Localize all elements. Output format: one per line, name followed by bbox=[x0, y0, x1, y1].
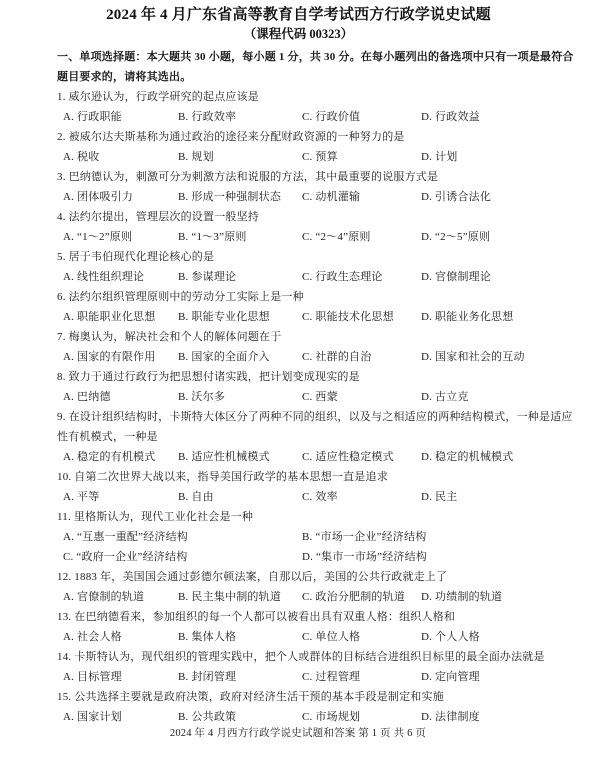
options-row: A. 行政职能B. 行政效率C. 行政价值D. 行政效益 bbox=[57, 107, 540, 127]
option: B. 形成一种强制状态 bbox=[178, 187, 281, 207]
option: C. 社群的自治 bbox=[302, 347, 371, 367]
options-row: A. 社会人格B. 集体人格C. 单位人格D. 个人人格 bbox=[57, 627, 540, 647]
option: B. 参谋理论 bbox=[178, 267, 236, 287]
option: B. “市场一企业”经济结构 bbox=[302, 527, 426, 547]
options-row: C. “政府一企业”经济结构D. “集市一市场”经济结构 bbox=[57, 547, 540, 567]
option: A. “互惠一重配”经济结构 bbox=[63, 527, 188, 547]
option: C. 过程管理 bbox=[302, 667, 360, 687]
option: A. 官僚制的轨道 bbox=[63, 587, 144, 607]
option: B. 行政效率 bbox=[178, 107, 236, 127]
question-15: 15. 公共选择主要就是政府决策，政府对经济生活干预的基本手段是制定和实施A. … bbox=[57, 687, 540, 727]
options-row: A. 税收B. 规划C. 预算D. 计划 bbox=[57, 147, 540, 167]
question-5: 5. 居于韦伯现代化理论核心的是A. 线性组织理论B. 参谋理论C. 行政生态理… bbox=[57, 247, 540, 287]
page-title: 2024 年 4 月广东省高等教育自学考试西方行政学说史试题 bbox=[47, 5, 550, 26]
option: C. 适应性稳定模式 bbox=[302, 447, 394, 467]
option: B. 沃尔多 bbox=[178, 387, 225, 407]
option: D. 官僚制理论 bbox=[421, 267, 491, 287]
question-13: 13. 在巴纳德看来，参加组织的每一个人都可以被看出具有双重人格：组织人格和A.… bbox=[57, 607, 540, 647]
question-4: 4. 法约尔提出，管理层次的设置一般坚持A. “1～2”原则B. “1～3”原则… bbox=[57, 207, 540, 247]
exam-page: 2024 年 4 月广东省高等教育自学考试西方行政学说史试题 （课程代码 003… bbox=[0, 0, 596, 782]
option: A. 社会人格 bbox=[63, 627, 122, 647]
option: D. 计划 bbox=[421, 147, 457, 167]
section-instructions-line: 题目要求的，请将其选出。 bbox=[57, 67, 540, 87]
option: C. 市场规划 bbox=[302, 707, 360, 727]
option: A. 目标管理 bbox=[63, 667, 122, 687]
option: B. 集体人格 bbox=[178, 627, 236, 647]
option: B. 民主集中制的轨道 bbox=[178, 587, 281, 607]
option: A. 行政职能 bbox=[63, 107, 122, 127]
options-row: A. 目标管理B. 封闭管理C. 过程管理D. 定向管理 bbox=[57, 667, 540, 687]
option: C. 政治分肥制的轨道 bbox=[302, 587, 405, 607]
question-7: 7. 梅奥认为，解决社会和个人的解体问题在于A. 国家的有限作用B. 国家的全面… bbox=[57, 327, 540, 367]
option: D. 引诱合法化 bbox=[421, 187, 491, 207]
option: C. 预算 bbox=[302, 147, 338, 167]
question-stem: 3. 巴纳德认为，刺激可分为刺激方法和说服的方法，其中最重要的说服方式是 bbox=[57, 167, 540, 187]
option: A. 国家计划 bbox=[63, 707, 122, 727]
option: C. 行政价值 bbox=[302, 107, 360, 127]
question-stem: 2. 被威尔达夫斯基称为通过政治的途径来分配财政资源的一种努力的是 bbox=[57, 127, 540, 147]
option: B. 自由 bbox=[178, 487, 214, 507]
question-14: 14. 卡斯特认为，现代组织的管理实践中，把个人或群体的目标结合进组织目标里的最… bbox=[57, 647, 540, 687]
option: A. 线性组织理论 bbox=[63, 267, 144, 287]
question-stem: 10. 自第二次世界大战以来，指导美国行政学的基本思想一直是追求 bbox=[57, 467, 540, 487]
option: A. 税收 bbox=[63, 147, 99, 167]
question-stem: 9. 在设计组织结构时，卡斯特大体区分了两种不同的组织，以及与之相适应的两种结构… bbox=[57, 407, 540, 427]
question-stem: 4. 法约尔提出，管理层次的设置一般坚持 bbox=[57, 207, 540, 227]
question-stem: 8. 致力于通过行政行为把思想付诸实践，把计划变成现实的是 bbox=[57, 367, 540, 387]
option: D. 民主 bbox=[421, 487, 457, 507]
option: C. 职能技术化思想 bbox=[302, 307, 394, 327]
option: B. 职能专业化思想 bbox=[178, 307, 270, 327]
page-footer: 2024 年 4 月西方行政学说史试题和答案 第 1 页 共 6 页 bbox=[0, 726, 596, 742]
question-8: 8. 致力于通过行政行为把思想付诸实践，把计划变成现实的是A. 巴纳德B. 沃尔… bbox=[57, 367, 540, 407]
option: B. 国家的全面介入 bbox=[178, 347, 270, 367]
question-stem: 6. 法约尔组织管理原则中的劳动分工实际上是一种 bbox=[57, 287, 540, 307]
option: D. 稳定的机械模式 bbox=[421, 447, 513, 467]
options-row: A. “1～2”原则B. “1～3”原则C. “2～4”原则D. “2～5”原则 bbox=[57, 227, 540, 247]
options-row: A. 线性组织理论B. 参谋理论C. 行政生态理论D. 官僚制理论 bbox=[57, 267, 540, 287]
page-subtitle: （课程代码 00323） bbox=[57, 26, 540, 43]
option: C. “政府一企业”经济结构 bbox=[63, 547, 187, 567]
option: A. “1～2”原则 bbox=[63, 227, 132, 247]
option: D. 国家和社会的互动 bbox=[421, 347, 525, 367]
option: D. 古立克 bbox=[421, 387, 469, 407]
question-6: 6. 法约尔组织管理原则中的劳动分工实际上是一种A. 职能职业化思想B. 职能专… bbox=[57, 287, 540, 327]
options-row: A. 平等B. 自由C. 效率D. 民主 bbox=[57, 487, 540, 507]
question-stem: 14. 卡斯特认为，现代组织的管理实践中，把个人或群体的目标结合进组织目标里的最… bbox=[57, 647, 540, 667]
option: C. 单位人格 bbox=[302, 627, 360, 647]
option: A. 职能职业化思想 bbox=[63, 307, 155, 327]
option: A. 稳定的有机模式 bbox=[63, 447, 155, 467]
option: B. 公共政策 bbox=[178, 707, 236, 727]
option: A. 平等 bbox=[63, 487, 99, 507]
section-instructions-line: 一、单项选择题：本大题共 30 小题，每小题 1 分，共 30 分。在每小题列出… bbox=[57, 47, 540, 67]
option: A. 巴纳德 bbox=[63, 387, 111, 407]
option: A. 团体吸引力 bbox=[63, 187, 133, 207]
option: B. 规划 bbox=[178, 147, 214, 167]
option: D. 法律制度 bbox=[421, 707, 480, 727]
question-3: 3. 巴纳德认为，刺激可分为刺激方法和说服的方法，其中最重要的说服方式是A. 团… bbox=[57, 167, 540, 207]
options-row: A. 巴纳德B. 沃尔多C. 西蒙D. 古立克 bbox=[57, 387, 540, 407]
option: B. “1～3”原则 bbox=[178, 227, 247, 247]
question-stem: 11. 里格斯认为，现代工业化社会是一种 bbox=[57, 507, 540, 527]
question-9: 9. 在设计组织结构时，卡斯特大体区分了两种不同的组织，以及与之相适应的两种结构… bbox=[57, 407, 540, 467]
options-row: A. 国家的有限作用B. 国家的全面介入C. 社群的自治D. 国家和社会的互动 bbox=[57, 347, 540, 367]
options-row: A. 团体吸引力B. 形成一种强制状态C. 动机灌输D. 引诱合法化 bbox=[57, 187, 540, 207]
option: D. 功绩制的轨道 bbox=[421, 587, 502, 607]
option: C. 效率 bbox=[302, 487, 338, 507]
question-10: 10. 自第二次世界大战以来，指导美国行政学的基本思想一直是追求A. 平等B. … bbox=[57, 467, 540, 507]
question-stem: 性有机模式，一种是 bbox=[57, 427, 540, 447]
question-12: 12. 1883 年，美国国会通过彭德尔顿法案，自那以后，美国的公共行政就走上了… bbox=[57, 567, 540, 607]
section-instructions: 一、单项选择题：本大题共 30 小题，每小题 1 分，共 30 分。在每小题列出… bbox=[57, 47, 540, 87]
option: D. 个人人格 bbox=[421, 627, 480, 647]
question-11: 11. 里格斯认为，现代工业化社会是一种A. “互惠一重配”经济结构B. “市场… bbox=[57, 507, 540, 567]
options-row: A. “互惠一重配”经济结构B. “市场一企业”经济结构 bbox=[57, 527, 540, 547]
option: D. 职能业务化思想 bbox=[421, 307, 513, 327]
question-stem: 5. 居于韦伯现代化理论核心的是 bbox=[57, 247, 540, 267]
option: C. 行政生态理论 bbox=[302, 267, 383, 287]
option: D. 行政效益 bbox=[421, 107, 480, 127]
question-1: 1. 威尔逊认为，行政学研究的起点应该是A. 行政职能B. 行政效率C. 行政价… bbox=[57, 87, 540, 127]
option: D. “集市一市场”经济结构 bbox=[302, 547, 427, 567]
question-stem: 12. 1883 年，美国国会通过彭德尔顿法案，自那以后，美国的公共行政就走上了 bbox=[57, 567, 540, 587]
option: B. 适应性机械模式 bbox=[178, 447, 270, 467]
question-list: 1. 威尔逊认为，行政学研究的起点应该是A. 行政职能B. 行政效率C. 行政价… bbox=[57, 87, 540, 727]
question-stem: 15. 公共选择主要就是政府决策，政府对经济生活干预的基本手段是制定和实施 bbox=[57, 687, 540, 707]
page-content: 2024 年 4 月广东省高等教育自学考试西方行政学说史试题 （课程代码 003… bbox=[57, 5, 540, 727]
options-row: A. 国家计划B. 公共政策C. 市场规划D. 法律制度 bbox=[57, 707, 540, 727]
option: C. 西蒙 bbox=[302, 387, 338, 407]
option: C. 动机灌输 bbox=[302, 187, 360, 207]
question-stem: 13. 在巴纳德看来，参加组织的每一个人都可以被看出具有双重人格：组织人格和 bbox=[57, 607, 540, 627]
option: D. 定向管理 bbox=[421, 667, 480, 687]
options-row: A. 职能职业化思想B. 职能专业化思想C. 职能技术化思想D. 职能业务化思想 bbox=[57, 307, 540, 327]
options-row: A. 官僚制的轨道B. 民主集中制的轨道C. 政治分肥制的轨道D. 功绩制的轨道 bbox=[57, 587, 540, 607]
question-2: 2. 被威尔达夫斯基称为通过政治的途径来分配财政资源的一种努力的是A. 税收B.… bbox=[57, 127, 540, 167]
question-stem: 7. 梅奥认为，解决社会和个人的解体问题在于 bbox=[57, 327, 540, 347]
option: A. 国家的有限作用 bbox=[63, 347, 155, 367]
option: C. “2～4”原则 bbox=[302, 227, 371, 247]
options-row: A. 稳定的有机模式B. 适应性机械模式C. 适应性稳定模式D. 稳定的机械模式 bbox=[57, 447, 540, 467]
question-stem: 1. 威尔逊认为，行政学研究的起点应该是 bbox=[57, 87, 540, 107]
option: D. “2～5”原则 bbox=[421, 227, 490, 247]
option: B. 封闭管理 bbox=[178, 667, 236, 687]
